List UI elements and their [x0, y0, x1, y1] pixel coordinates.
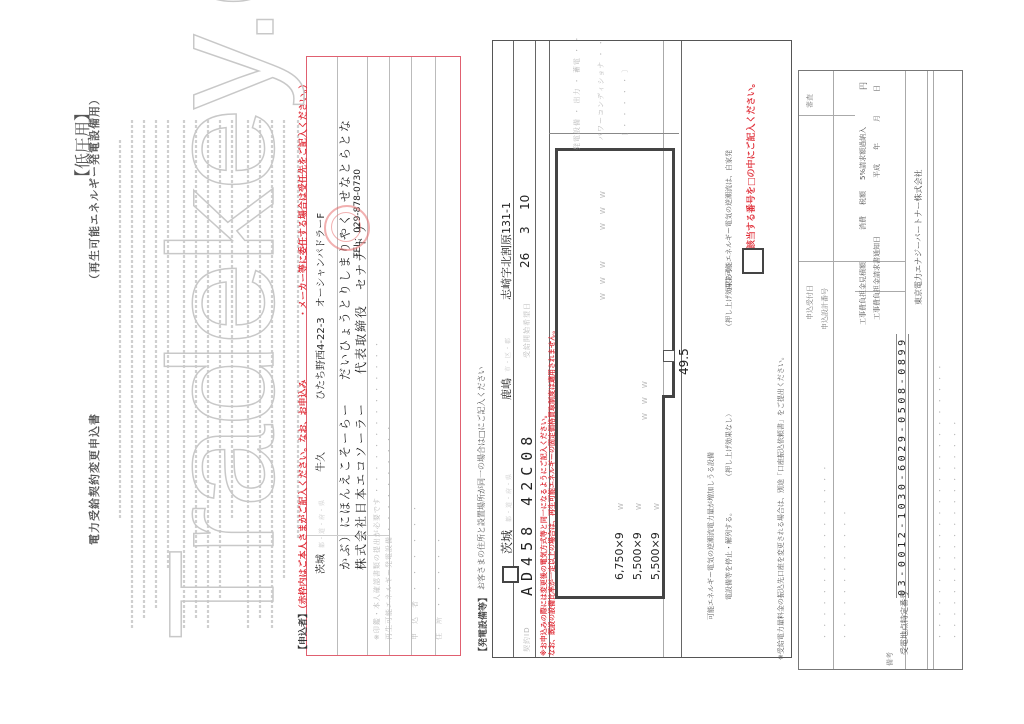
module-spec-1: 6,750×9	[613, 532, 626, 580]
total-output-value: 49.5	[677, 348, 691, 375]
start-date-label: 受給開始希望日	[522, 302, 532, 358]
supply-point-label: 受電地点特定番号	[899, 591, 910, 655]
option-1-note: （押し上げ効果あり）	[724, 260, 734, 330]
w-marker: W W W	[598, 190, 608, 230]
start-date-year: 26	[518, 253, 532, 268]
panel-box-step	[662, 395, 675, 398]
design-number-label: 申込設計番号	[820, 288, 830, 330]
start-date-month: 3	[518, 226, 532, 234]
day-label: 日	[872, 85, 882, 92]
contract-id-label: 契約ID	[522, 627, 532, 652]
upper-right-faint-text: 発電設備 ・ 出力 ・ 蓄電 ・ ・	[572, 35, 582, 150]
account-change-footer-note: ※受給電力量料金の振込先口座を変更される場合は、別途「口座振込依頼書」をご提出く…	[776, 353, 786, 660]
partner-company: 東京電力エナジーパートナー株式会社	[913, 170, 924, 305]
remarks-label: 備考	[885, 652, 895, 666]
company-seal-inner	[331, 212, 361, 242]
equipment-address-detail: 志崎字北割原131-1	[498, 202, 514, 300]
supply-point-number: 03-0012-1030-6029-0508-0899	[896, 334, 909, 598]
applicant-prefecture: 茨城都・道・府・県	[312, 499, 327, 574]
option-red-instruction: 一該当する番号を□の中にご記入ください。	[744, 78, 757, 258]
w-marker: W W W	[640, 380, 650, 420]
module-unit-2: W	[635, 502, 643, 510]
tax-included-label: 消費	[858, 216, 868, 230]
notice-date-label: 工事費負担金請求書通知日	[872, 236, 882, 320]
applicant-faint-row-4: 住 所 ・ ・ ・ ・ ・	[434, 536, 444, 640]
w-marker: W W W	[598, 260, 608, 300]
module-spec-3: 5,500×9	[649, 532, 662, 580]
applicant-faint-row-2: 再生可能エネルギー発電設備 ・ ・ ・ ・ ・ ・ ・ ・ ・ ・	[384, 424, 394, 640]
era-label: 平成	[872, 164, 882, 178]
scanned-form-page: 【低圧用】 （再生可能エネルギー発電設備用） 電力受給契約変更申込書	[0, 0, 1024, 724]
tradekey-watermark: Tradekey.com	[135, 0, 308, 640]
applicant-faint-row-1: ※印鑑・本人確認書類の提出が必要です ・ ・ ・ ・ ・ ・ ・ ・ ・ ・ ・…	[372, 340, 382, 640]
contract-id-value: AD458 42C08	[518, 431, 536, 596]
applicant-faint-row-3: 申 込 者 ・ ・ ・ ・ ・ ・	[410, 504, 420, 640]
module-unit-3: W	[653, 502, 661, 510]
total-output-box[interactable]	[663, 350, 675, 362]
upper-right-faint-text-3: 〔 ・ ・ ・ ・ ・ 〕	[620, 65, 630, 140]
tax-label: 税額	[858, 191, 868, 205]
construction-cost-label: 工事費負担金見積額	[858, 262, 868, 325]
same-address-note: お客さまの住所と設置場所が同一の場合は□にご記入ください	[476, 366, 487, 590]
equipment-header: 【発電設備等】	[476, 593, 489, 656]
amount-unit: 円	[858, 82, 869, 90]
start-date-day: 10	[518, 195, 532, 210]
office-faint-text-1: ・ ・ ・ ・ ・ ・ ・ ・ ・ ・ ・ ・ ・ ・ ・ ・	[820, 464, 830, 640]
applicant-city: 牛久	[312, 452, 327, 472]
module-unit-1: W	[617, 502, 625, 510]
office-faint-text-4: ・ ・ ・ ・ ・ ・ ・ ・ ・ ・ ・ ・ ・ ・ ・ ・ ・ ・ ・ ・	[950, 419, 960, 640]
equipment-city: 鹿嶋市・区・郡	[498, 337, 514, 400]
applicant-company-name: 株式会社日本エコソーラー代表取締役 セナテトナ	[352, 220, 369, 570]
equipment-prefecture: 茨城都・道・府・県	[498, 473, 515, 554]
upper-right-faint-text-2: パワーコンディショナ ・ ・	[596, 38, 606, 140]
same-address-checkbox[interactable]	[502, 566, 519, 583]
option-2-note: （押し上げ効果なし）	[724, 410, 734, 480]
received-date-label: 申込受付日	[805, 285, 815, 320]
month-label: 月	[872, 115, 882, 122]
office-faint-text-3: ・ ・ ・ ・ ・ ・ ・ ・ ・ ・ ・ ・ ・ ・ ・ ・ ・ ・ ・ ・ …	[935, 363, 945, 640]
module-spec-2: 5,500×9	[631, 532, 644, 580]
panel-spec-box-upper	[555, 148, 675, 398]
payment-due-label: 5%請求額過納入	[858, 127, 868, 180]
option-3-text: 電設備等を停止・解列する。	[724, 509, 734, 600]
office-faint-text-2: ・ ・ ・ ・ ・ ・ ・ ・ ・ ・ ・ ・	[840, 509, 850, 640]
option-number-input[interactable]	[742, 248, 764, 274]
applicant-address: ひたち野西4-22-3 オーシャンパドラーF	[312, 213, 327, 400]
option-2-text: 可能エネルギー電気の逆潮流電力量が増加しうる設備	[706, 452, 716, 620]
year-label: 年	[872, 143, 882, 150]
review-label: 審査	[805, 94, 815, 108]
